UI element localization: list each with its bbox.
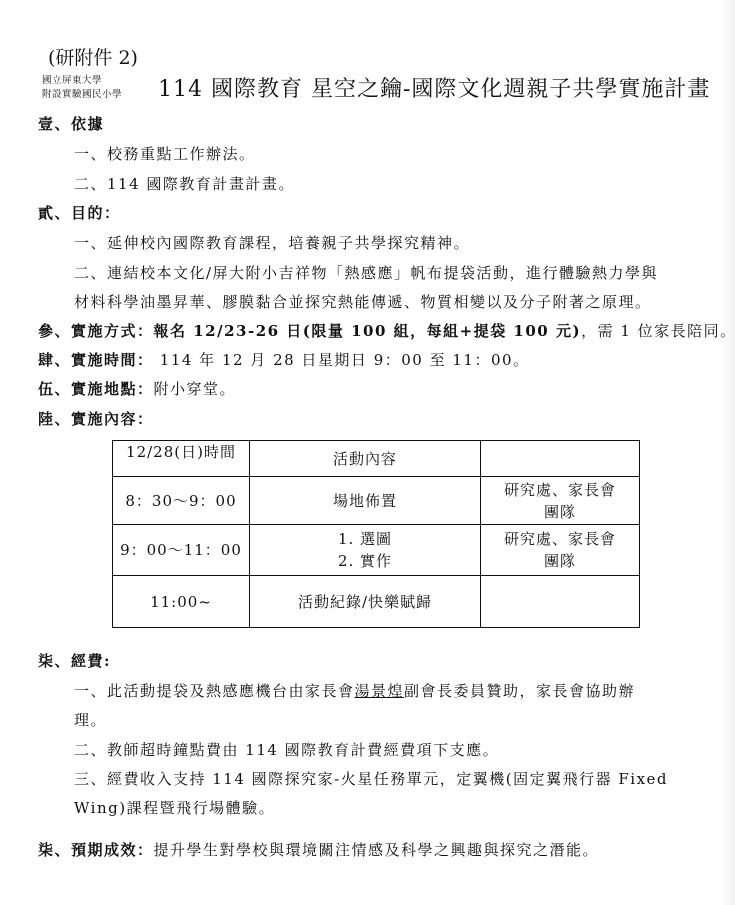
cell-activity: 1. 選圖2. 實作 [250, 525, 481, 576]
staff-line: 研究處、家長會 [481, 528, 639, 550]
budget-item-1-cont: 理。 [74, 709, 107, 730]
table-row: 11:00~ 活動紀錄/快樂賦歸 [113, 576, 640, 628]
cell-staff [481, 576, 640, 628]
time-text: 114 年 12 月 28 日星期日 9：00 至 11：00。 [154, 351, 530, 369]
section-heading-outcomes: 柒、預期成效： [38, 841, 154, 859]
section-heading-time: 肆、實施時間： [38, 351, 154, 369]
budget-item-1: 一、此活動提袋及熱感應機台由家長會湯景煌副會長委員贊助，家長會協助辦 [74, 680, 635, 701]
cell-activity: 場地佈置 [250, 477, 481, 525]
budget-item-1-text-end: 副會長委員贊助，家長會協助辦 [404, 682, 635, 700]
cell-staff: 研究處、家長會團隊 [481, 477, 640, 525]
expected-outcomes: 柒、預期成效：提升學生對學校與環境關注情感及科學之興趣與探究之潛能。 [38, 839, 599, 860]
section-heading-budget: 柒、經費: [38, 650, 111, 671]
section-heading-purpose: 貳、目的： [38, 202, 121, 223]
budget-item-1-text: 一、此活動提袋及熱感應機台由家長會 [74, 682, 355, 700]
basis-item-2: 二、114 國際教育計畫計畫。 [74, 173, 295, 194]
implementation-method: 參、實施方式：報名 12/23-26 日(限量 100 組，每組+提袋 100 … [38, 320, 735, 341]
implementation-location: 伍、實施地點：附小穿堂。 [38, 378, 236, 399]
schedule-table: 12/28(日)時間 活動內容 8：30～9：00 場地佈置 研究處、家長會團隊… [112, 440, 640, 628]
table-header-row: 12/28(日)時間 活動內容 [113, 441, 640, 477]
sponsor-name: 湯景煌 [355, 682, 405, 700]
cell-time: 9：00～11：00 [113, 525, 250, 576]
staff-line: 團隊 [481, 550, 639, 572]
section-heading-method: 參、實施方式： [38, 322, 154, 340]
location-text: 附小穿堂。 [154, 380, 237, 398]
header-staff [481, 441, 640, 477]
page-edge-shadow [721, 0, 735, 905]
budget-item-3-cont: Wing)課程暨飛行場體驗。 [74, 797, 275, 818]
registration-info: 報名 12/23-26 日(限量 100 組，每組+提袋 100 元) [154, 322, 582, 340]
section-heading-basis: 壹、依據 [38, 113, 104, 134]
school-name-line1: 國立屏東大學 [42, 72, 102, 86]
header-activity: 活動內容 [250, 441, 481, 477]
implementation-time: 肆、實施時間： 114 年 12 月 28 日星期日 9：00 至 11：00。 [38, 349, 530, 370]
outcomes-text: 提升學生對學校與環境關注情感及科學之興趣與探究之潛能。 [154, 841, 600, 859]
table-row: 8：30～9：00 場地佈置 研究處、家長會團隊 [113, 477, 640, 525]
purpose-item-2: 二、連結校本文化/屏大附小吉祥物「熱感應」帆布提袋活動，進行體驗熱力學與 [74, 262, 658, 283]
activity-line: 2. 實作 [250, 550, 480, 572]
cell-time: 8：30～9：00 [113, 477, 250, 525]
staff-line: 研究處、家長會 [481, 479, 639, 501]
budget-item-3: 三、經費收入支持 114 國際探究家-火星任務單元，定翼機(固定翼飛行器 Fix… [74, 768, 668, 789]
purpose-item-2-cont: 材料科學油墨昇華、膠膜黏合並探究熱能傳遞、物質相變以及分子附著之原理。 [74, 291, 652, 312]
parent-requirement: ，需 1 位家長陪同。 [581, 322, 735, 340]
school-name-line2: 附設實驗國民小學 [42, 86, 122, 100]
header-time: 12/28(日)時間 [113, 441, 250, 477]
cell-activity: 活動紀錄/快樂賦歸 [250, 576, 481, 628]
activity-line: 1. 選圖 [250, 528, 480, 550]
purpose-item-1: 一、延伸校內國際教育課程，培養親子共學探究精神。 [74, 232, 470, 253]
basis-item-1: 一、校務重點工作辦法。 [74, 143, 256, 164]
staff-line: 團隊 [481, 501, 639, 523]
section-heading-location: 伍、實施地點： [38, 380, 154, 398]
budget-item-2: 二、教師超時鐘點費由 114 國際教育計費經費項下支應。 [74, 739, 499, 760]
document-title: 114 國際教育 星空之鑰-國際文化週親子共學實施計畫 [158, 72, 710, 103]
cell-staff: 研究處、家長會團隊 [481, 525, 640, 576]
table-row: 9：00～11：00 1. 選圖2. 實作 研究處、家長會團隊 [113, 525, 640, 576]
section-heading-content: 陸、實施內容： [38, 408, 154, 429]
annex-label: (研附件 2) [48, 43, 138, 70]
cell-time: 11:00~ [113, 576, 250, 628]
